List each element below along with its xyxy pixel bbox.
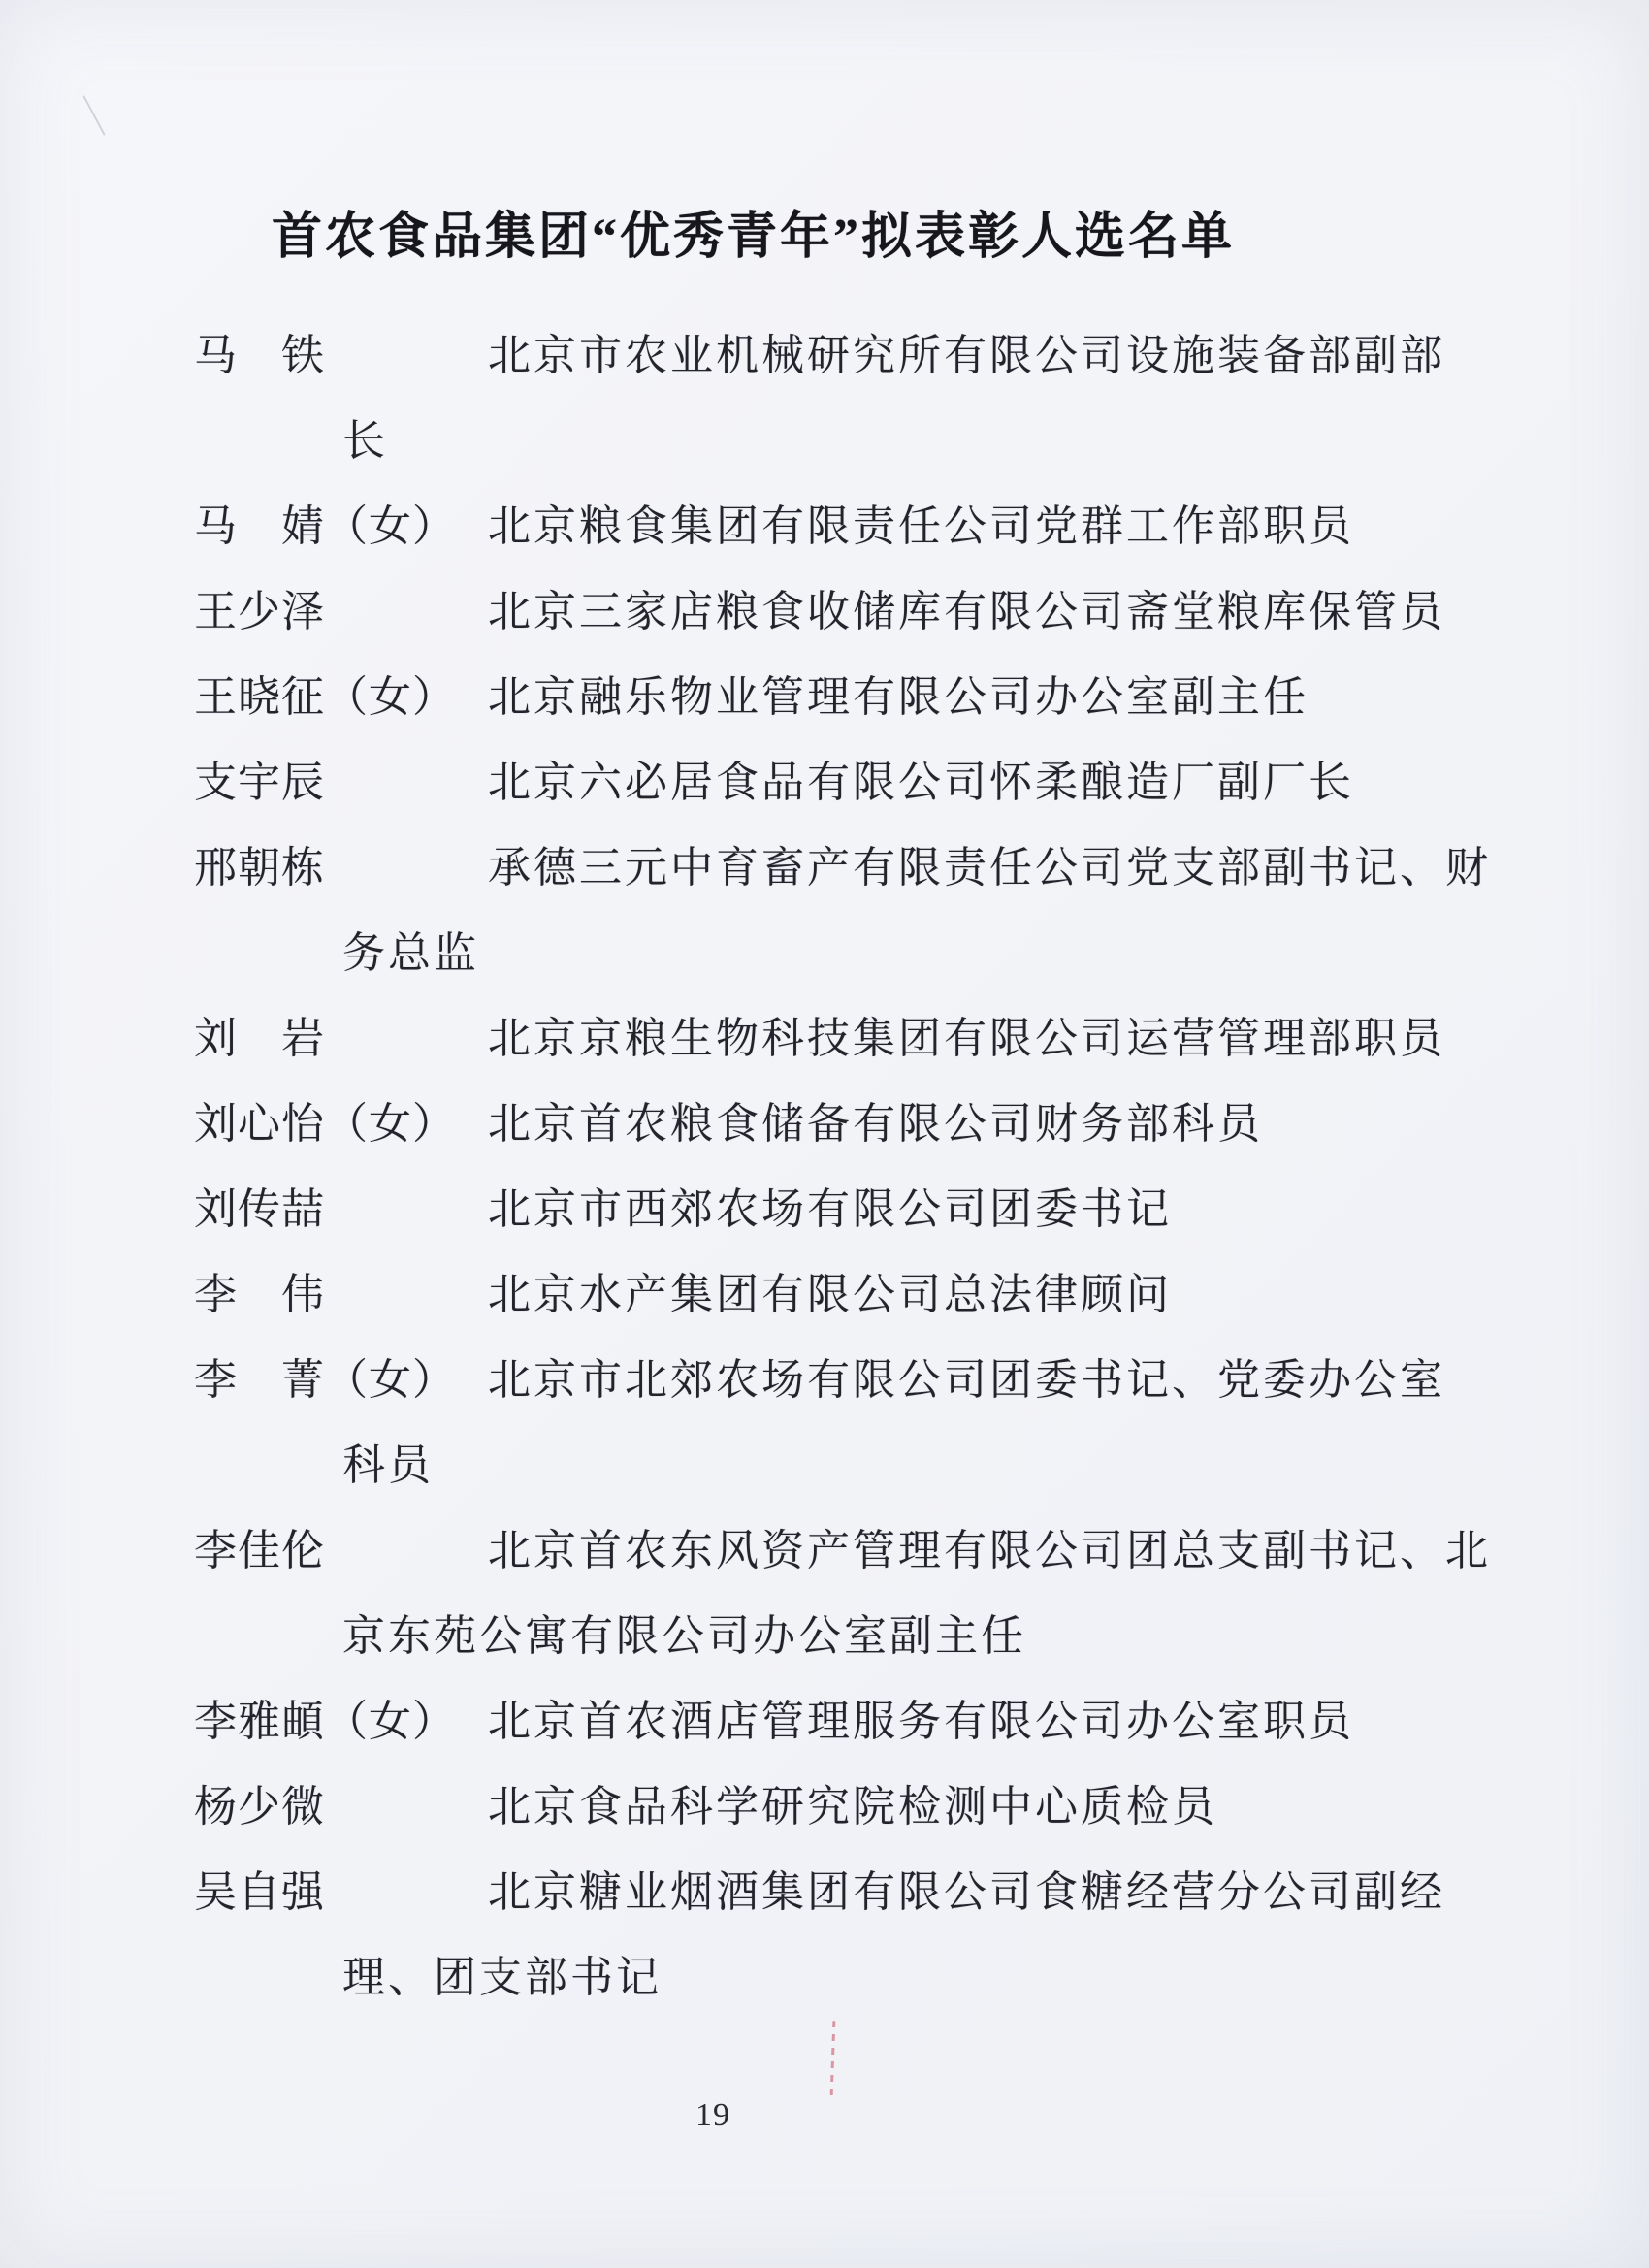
entry-name: 支宇辰 xyxy=(194,740,325,826)
roster-entry: 邢朝栋 承德三元中育畜产有限责任公司党支部副书记、财务总监 xyxy=(194,826,1649,996)
roster-entry: 李 伟 北京水产集团有限公司总法律顾问 xyxy=(194,1252,1649,1338)
entry-name: 刘心怡（女） xyxy=(194,1082,456,1167)
roster-entry: 刘心怡（女） 北京首农粮食储备有限公司财务部科员 xyxy=(194,1082,1649,1167)
entry-name: 邢朝栋 xyxy=(194,826,325,911)
entry-description-line: 北京首农酒店管理服务有限公司办公室职员 xyxy=(342,1679,1649,1765)
roster-entry: 杨少微 北京食品科学研究院检测中心质检员 xyxy=(194,1765,1649,1850)
entry-description-line: 承德三元中育畜产有限责任公司党支部副书记、财 xyxy=(342,826,1649,911)
entry-description: 北京市北郊农场有限公司团委书记、党委办公室科员 xyxy=(342,1338,1649,1508)
entry-description: 北京首农粮食储备有限公司财务部科员 xyxy=(342,1082,1649,1167)
entry-description: 北京首农东风资产管理有限公司团总支副书记、北京东苑公寓有限公司办公室副主任 xyxy=(342,1508,1649,1679)
document-title: 首农食品集团“优秀青年”拟表彰人选名单 xyxy=(272,199,1649,276)
entry-name: 杨少微 xyxy=(194,1765,325,1850)
roster-entry: 李 菁（女） 北京市北郊农场有限公司团委书记、党委办公室科员 xyxy=(194,1338,1649,1508)
entry-description-line: 北京京粮生物科技集团有限公司运营管理部职员 xyxy=(342,996,1649,1082)
roster-entry: 李佳伦 北京首农东风资产管理有限公司团总支副书记、北京东苑公寓有限公司办公室副主… xyxy=(194,1508,1649,1679)
entry-description: 北京粮食集团有限责任公司党群工作部职员 xyxy=(342,484,1649,569)
entry-name: 刘 岩 xyxy=(194,996,325,1082)
roster-entry: 刘 岩 北京京粮生物科技集团有限公司运营管理部职员 xyxy=(194,996,1649,1082)
entry-description-line: 北京水产集团有限公司总法律顾问 xyxy=(342,1252,1649,1338)
roster-entry: 刘传喆 北京市西郊农场有限公司团委书记 xyxy=(194,1167,1649,1252)
roster-entry: 王少泽 北京三家店粮食收储库有限公司斋堂粮库保管员 xyxy=(194,569,1649,655)
entry-description-line: 北京六必居食品有限公司怀柔酿造厂副厂长 xyxy=(342,740,1649,826)
entry-description: 北京融乐物业管理有限公司办公室副主任 xyxy=(342,655,1649,740)
entry-description: 北京市西郊农场有限公司团委书记 xyxy=(342,1167,1649,1252)
scanned-document-page: 首农食品集团“优秀青年”拟表彰人选名单 马 铁 北京市农业机械研究所有限公司设施… xyxy=(0,0,1649,2268)
entry-description: 承德三元中育畜产有限责任公司党支部副书记、财务总监 xyxy=(342,826,1649,996)
entry-description-line: 北京粮食集团有限责任公司党群工作部职员 xyxy=(342,484,1649,569)
entry-description-line: 北京食品科学研究院检测中心质检员 xyxy=(342,1765,1649,1850)
entry-description-line: 北京三家店粮食收储库有限公司斋堂粮库保管员 xyxy=(342,569,1649,655)
entry-name: 王少泽 xyxy=(194,569,325,655)
entry-description-line: 北京首农粮食储备有限公司财务部科员 xyxy=(342,1082,1649,1167)
scan-artifact-pencil-mark xyxy=(82,95,105,136)
entry-description-line: 理、团支部书记 xyxy=(342,1935,1649,2021)
entry-description-line: 北京糖业烟酒集团有限公司食糖经营分公司副经 xyxy=(342,1850,1649,1935)
entry-description-line: 北京市农业机械研究所有限公司设施装备部副部 xyxy=(342,313,1649,399)
entry-description: 北京三家店粮食收储库有限公司斋堂粮库保管员 xyxy=(342,569,1649,655)
roster-entry: 吴自强 北京糖业烟酒集团有限公司食糖经营分公司副经理、团支部书记 xyxy=(194,1850,1649,2021)
entry-description: 北京糖业烟酒集团有限公司食糖经营分公司副经理、团支部书记 xyxy=(342,1850,1649,2021)
entry-description: 北京市农业机械研究所有限公司设施装备部副部长 xyxy=(342,313,1649,484)
entry-description-line: 京东苑公寓有限公司办公室副主任 xyxy=(342,1594,1649,1679)
entry-description-line: 长 xyxy=(342,399,1649,484)
roster-entry: 李雅頔（女） 北京首农酒店管理服务有限公司办公室职员 xyxy=(194,1679,1649,1765)
roster-entry: 王晓征（女） 北京融乐物业管理有限公司办公室副主任 xyxy=(194,655,1649,740)
entry-list: 马 铁 北京市农业机械研究所有限公司设施装备部副部长 马 婧（女） 北京粮食集团… xyxy=(0,313,1649,2021)
entry-name: 吴自强 xyxy=(194,1850,325,1935)
entry-description: 北京京粮生物科技集团有限公司运营管理部职员 xyxy=(342,996,1649,1082)
entry-description-line: 北京首农东风资产管理有限公司团总支副书记、北 xyxy=(342,1508,1649,1594)
entry-description-line: 科员 xyxy=(342,1423,1649,1508)
entry-name: 李雅頔（女） xyxy=(194,1679,456,1765)
roster-entry: 马 婧（女） 北京粮食集团有限责任公司党群工作部职员 xyxy=(194,484,1649,569)
entry-name: 马 婧（女） xyxy=(194,484,456,569)
entry-name: 刘传喆 xyxy=(194,1167,325,1252)
entry-description: 北京水产集团有限公司总法律顾问 xyxy=(342,1252,1649,1338)
entry-description-line: 北京市北郊农场有限公司团委书记、党委办公室 xyxy=(342,1338,1649,1423)
entry-description-line: 务总监 xyxy=(342,911,1649,996)
entry-name: 李 菁（女） xyxy=(194,1338,456,1423)
entry-name: 李 伟 xyxy=(194,1252,325,1338)
entry-description-line: 北京融乐物业管理有限公司办公室副主任 xyxy=(342,655,1649,740)
entry-description: 北京首农酒店管理服务有限公司办公室职员 xyxy=(342,1679,1649,1765)
scan-artifact-red-smudge xyxy=(830,2021,836,2096)
entry-description: 北京食品科学研究院检测中心质检员 xyxy=(342,1765,1649,1850)
page-number: 19 xyxy=(679,2097,747,2134)
entry-description: 北京六必居食品有限公司怀柔酿造厂副厂长 xyxy=(342,740,1649,826)
roster-entry: 支宇辰 北京六必居食品有限公司怀柔酿造厂副厂长 xyxy=(194,740,1649,826)
entry-name: 马 铁 xyxy=(194,313,325,399)
entry-name: 王晓征（女） xyxy=(194,655,456,740)
roster-entry: 马 铁 北京市农业机械研究所有限公司设施装备部副部长 xyxy=(194,313,1649,484)
entry-name: 李佳伦 xyxy=(194,1508,325,1594)
entry-description-line: 北京市西郊农场有限公司团委书记 xyxy=(342,1167,1649,1252)
